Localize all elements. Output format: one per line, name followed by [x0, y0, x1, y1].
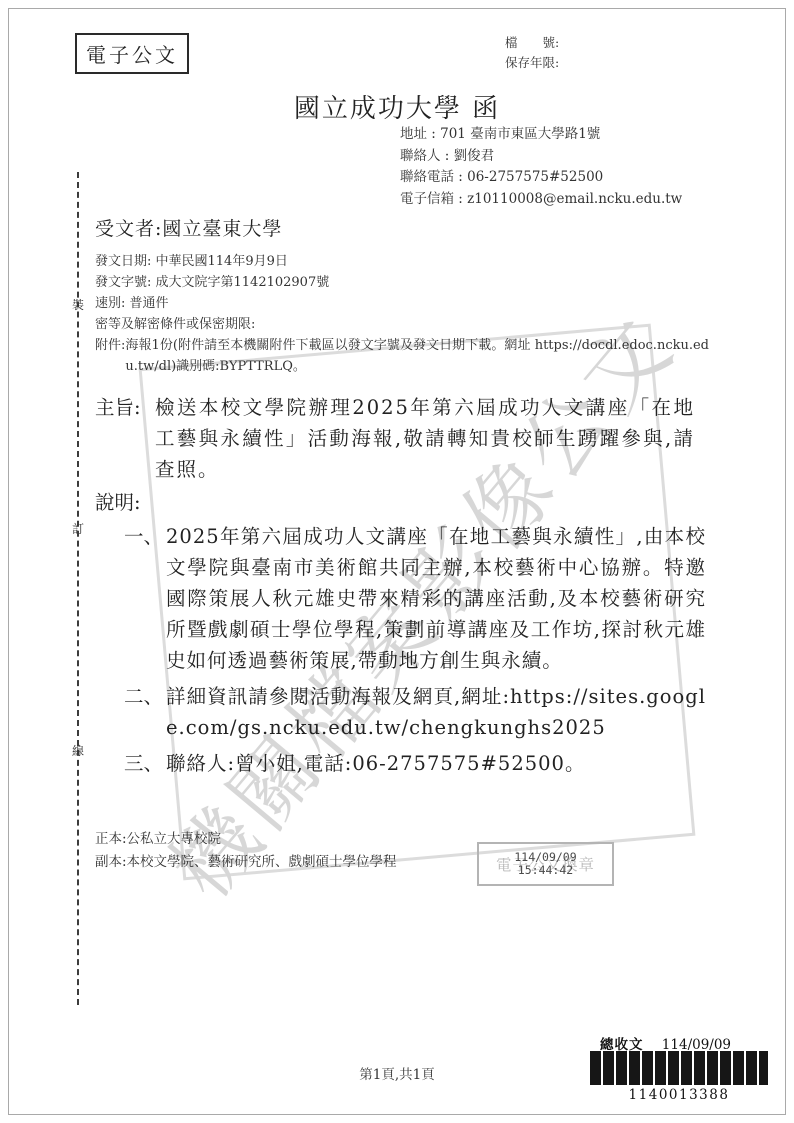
item-text: 聯絡人:曾小姐,電話:06-2757575#52500。	[166, 748, 706, 779]
original-copy-line: 正本:公私立大專校院	[95, 828, 397, 851]
received-number: 1140013388	[590, 1087, 768, 1103]
item-text: 詳細資訊請參閱活動海報及網頁,網址:https://sites.google.c…	[166, 681, 706, 743]
description-item-1: 一、 2025年第六屆成功人文講座「在地工藝與永續性」,由本校文學院與臺南市美術…	[124, 521, 710, 676]
official-document-page: 機關檔案影像公文 裝 訂 線 電子公文 檔 號: 保存年限: 國立成功大學 函 …	[0, 0, 794, 1123]
received-header: 總收文 114/09/09	[600, 1033, 731, 1053]
subject-block: 主旨: 檢送本校文學院辦理2025年第六屆成功人文講座「在地工藝與永續性」活動海…	[95, 392, 705, 485]
recipient-line: 受文者:國立臺東大學	[95, 214, 282, 241]
page-number-info: 第1頁,共1頁	[0, 1063, 794, 1083]
binding-mark-zhuang: 裝	[69, 296, 87, 313]
binding-mark-ding: 訂	[69, 520, 87, 537]
sender-contact-person: 聯絡人 : 劉俊君	[400, 146, 682, 168]
description-items: 一、 2025年第六屆成功人文講座「在地工藝與永續性」,由本校文學院與臺南市美術…	[124, 521, 710, 784]
file-number-label: 檔 號:	[505, 33, 559, 51]
speed-class: 速別: 普通件	[95, 293, 709, 314]
issue-number: 發文字號: 成大文院字第1142102907號	[95, 272, 709, 293]
stamp-time: 15:44:42	[518, 864, 573, 877]
item-number: 二、	[124, 681, 166, 743]
binding-mark-xian: 線	[69, 742, 87, 759]
electronic-document-badge: 電子公文	[75, 33, 189, 74]
sender-email: 電子信箱 : z10110008@email.ncku.edu.tw	[400, 189, 682, 211]
attachment-row: 附件: 海報1份(附件請至本機關附件下載區以發文字號及發文日期下載。網址 htt…	[95, 335, 709, 377]
electronic-exchange-stamp: 電子公文換章 114/09/09 15:44:42	[477, 842, 614, 886]
description-item-2: 二、 詳細資訊請參閱活動海報及網頁,網址:https://sites.googl…	[124, 681, 710, 743]
carbon-copy-line: 副本:本校文學院、藝術研究所、戲劇碩士學位學程	[95, 851, 397, 874]
subject-text: 檢送本校文學院辦理2025年第六屆成功人文講座「在地工藝與永續性」活動海報,敬請…	[155, 392, 695, 485]
description-item-3: 三、 聯絡人:曾小姐,電話:06-2757575#52500。	[124, 748, 710, 779]
item-number: 一、	[124, 521, 166, 676]
security-class: 密等及解密條件或保密期限:	[95, 314, 709, 335]
issue-date: 發文日期: 中華民國114年9月9日	[95, 251, 709, 272]
subject-label: 主旨:	[95, 392, 155, 485]
item-text: 2025年第六屆成功人文講座「在地工藝與永續性」,由本校文學院與臺南市美術館共同…	[166, 521, 706, 676]
retention-period-label: 保存年限:	[505, 53, 559, 71]
document-meta-block: 發文日期: 中華民國114年9月9日 發文字號: 成大文院字第114210290…	[95, 251, 709, 377]
stamp-datetime: 114/09/09 15:44:42	[479, 844, 612, 884]
description-label: 說明:	[95, 487, 141, 515]
document-content: 裝 訂 線 電子公文 檔 號: 保存年限: 國立成功大學 函 地址 : 701 …	[0, 0, 794, 1123]
sender-phone: 聯絡電話 : 06-2757575#52500	[400, 167, 682, 189]
sender-contact-block: 地址 : 701 臺南市東區大學路1號 聯絡人 : 劉俊君 聯絡電話 : 06-…	[400, 124, 682, 210]
sender-address: 地址 : 701 臺南市東區大學路1號	[400, 124, 682, 146]
item-number: 三、	[124, 748, 166, 779]
attachment-text: 海報1份(附件請至本機關附件下載區以發文字號及發文日期下載。網址 https:/…	[125, 335, 709, 377]
attachment-label: 附件:	[95, 335, 125, 377]
document-title: 國立成功大學 函	[0, 88, 794, 125]
distribution-block: 正本:公私立大專校院 副本:本校文學院、藝術研究所、戲劇碩士學位學程	[95, 828, 397, 873]
